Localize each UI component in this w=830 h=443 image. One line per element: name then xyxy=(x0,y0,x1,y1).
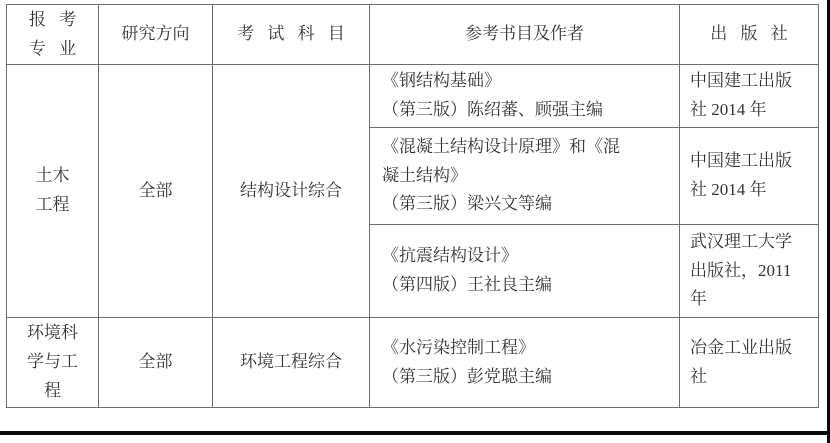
cell-direction-civil: 全部 xyxy=(99,65,213,318)
cell-publisher-book3: 武汉理工大学 出版社，2011 年 xyxy=(680,225,819,318)
header-applied-major: 报 考 专 业 xyxy=(7,5,99,65)
header-research-direction: 研究方向 xyxy=(99,5,213,65)
cell-major-civil-engineering: 土木 工程 xyxy=(7,65,99,318)
cell-subject-structural-design: 结构设计综合 xyxy=(213,65,370,318)
cell-publisher-book2: 中国建工出版 社 2014 年 xyxy=(680,128,819,225)
table-row: 土木 工程 全部 结构设计综合 《钢结构基础》 （第三版）陈绍蕃、顾强主编 中国… xyxy=(7,65,819,128)
cell-book-water-pollution: 《水污染控制工程》 （第三版）彭党聪主编 xyxy=(370,318,680,408)
cell-subject-environmental-engineering: 环境工程综合 xyxy=(213,318,370,408)
header-reference-books: 参考书目及作者 xyxy=(370,5,680,65)
page-edge-bottom xyxy=(0,431,830,435)
cell-publisher-book4: 冶金工业出版 社 xyxy=(680,318,819,408)
cell-book-concrete-structure: 《混凝土结构设计原理》和《混 凝土结构》 （第三版）梁兴文等编 xyxy=(370,128,680,225)
cell-direction-environmental: 全部 xyxy=(99,318,213,408)
admission-reference-table: 报 考 专 业 研究方向 考 试 科 目 参考书目及作者 出 版 社 土木 工程… xyxy=(6,4,819,408)
table-header-row: 报 考 专 业 研究方向 考 试 科 目 参考书目及作者 出 版 社 xyxy=(7,5,819,65)
cell-book-seismic-design: 《抗震结构设计》 （第四版）王社良主编 xyxy=(370,225,680,318)
header-exam-subject: 考 试 科 目 xyxy=(213,5,370,65)
cell-major-environmental: 环境科 学与工 程 xyxy=(7,318,99,408)
header-publisher: 出 版 社 xyxy=(680,5,819,65)
cell-publisher-book1: 中国建工出版 社 2014 年 xyxy=(680,65,819,128)
cell-book-steel-structure: 《钢结构基础》 （第三版）陈绍蕃、顾强主编 xyxy=(370,65,680,128)
table-row: 环境科 学与工 程 全部 环境工程综合 《水污染控制工程》 （第三版）彭党聪主编… xyxy=(7,318,819,408)
